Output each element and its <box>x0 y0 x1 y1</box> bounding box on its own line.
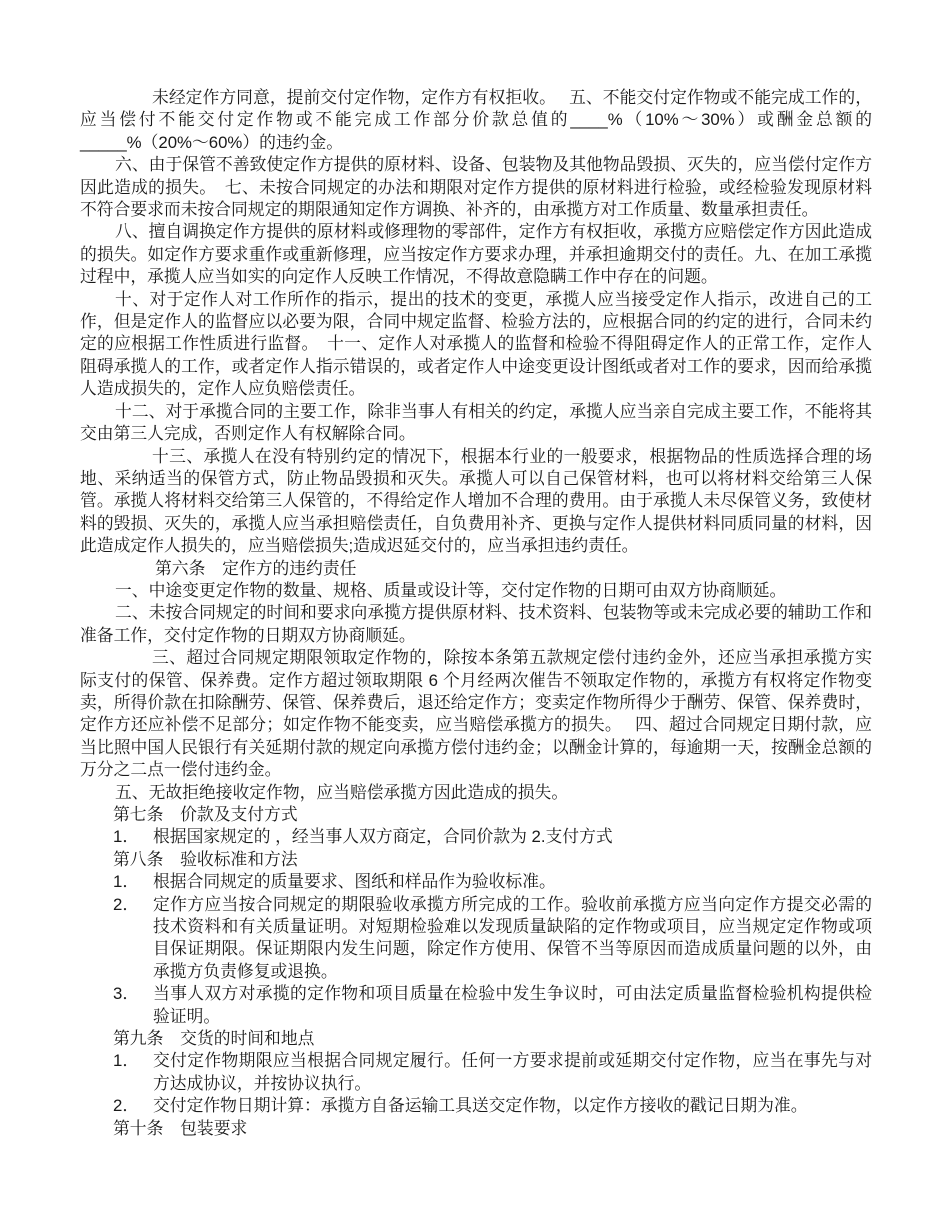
list-item-text: 根据国家规定的 ，经当事人双方商定，合同价款为 2.支付方式 <box>153 827 613 846</box>
list-marker: 2． <box>113 1095 139 1117</box>
section-heading: 第七条 价款及支付方式 <box>80 804 872 826</box>
contract-document: 未经定作方同意，提前交付定作物，定作方有权拒收。 五、不能交付定作物或不能完成工… <box>80 87 872 1140</box>
paragraph: 三、超过合同规定期限领取定作物的，除按本条第五款规定偿付违约金外，还应当承担承揽… <box>80 647 872 781</box>
paragraph: 二、未按合同规定的时间和要求向承揽方提供原材料、技术资料、包装物等或未完成必要的… <box>80 602 872 647</box>
list-item-text: 当事人双方对承揽的定作物和项目质量在检验中发生争议时，可由法定质量监督检验机构提… <box>153 984 872 1025</box>
list-item: 1．根据合同规定的质量要求、图纸和样品作为验收标准。 <box>80 871 872 893</box>
list-marker: 3． <box>113 983 139 1005</box>
list-item: 1．交付定作物期限应当根据合同规定履行。任何一方要求提前或延期交付定作物，应当在… <box>80 1050 872 1095</box>
list-item-text: 交付定作物期限应当根据合同规定履行。任何一方要求提前或延期交付定作物，应当在事先… <box>153 1051 872 1092</box>
paragraph: 五、无故拒绝接收定作物，应当赔偿承揽方因此造成的损失。 <box>80 782 872 804</box>
section-heading: 第八条 验收标准和方法 <box>80 849 872 871</box>
list-item: 3．当事人双方对承揽的定作物和项目质量在检验中发生争议时，可由法定质量监督检验机… <box>80 983 872 1028</box>
paragraph: 一、中途变更定作物的数量、规格、质量或设计等，交付定作物的日期可由双方协商顺延。 <box>80 580 872 602</box>
list-marker: 2． <box>113 894 139 916</box>
section-heading: 第十条 包装要求 <box>80 1118 872 1140</box>
list-item-text: 根据合同规定的质量要求、图纸和样品作为验收标准。 <box>153 872 556 891</box>
paragraph: 十、对于定作人对工作所作的指示，提出的技术的变更，承揽人应当接受定作人指示，改进… <box>80 289 872 401</box>
list-item-text: 交付定作物日期计算：承揽方自备运输工具送交定作物，以定作方接收的戳记日期为准。 <box>153 1096 807 1115</box>
paragraph: 八、擅自调换定作方提供的原材料或修理物的零部件，定作方有权拒收，承揽方应赔偿定作… <box>80 221 872 288</box>
list-item-text: 定作方应当按合同规定的期限验收承揽方所完成的工作。验收前承揽方应当向定作方提交必… <box>153 895 872 981</box>
paragraph: 六、由于保管不善致使定作方提供的原材料、设备、包装物及其他物品毁损、灭失的，应当… <box>80 154 872 221</box>
paragraph: 十三、承揽人在没有特别约定的情况下，根据本行业的一般要求，根据物品的性质选择合理… <box>80 446 872 558</box>
paragraph: 未经定作方同意，提前交付定作物，定作方有权拒收。 五、不能交付定作物或不能完成工… <box>80 87 872 154</box>
list-marker: 1． <box>113 826 139 848</box>
list-marker: 1． <box>113 1050 139 1072</box>
section-heading: 第六条 定作方的违约责任 <box>80 558 872 580</box>
list-marker: 1． <box>113 871 139 893</box>
list-item: 2．定作方应当按合同规定的期限验收承揽方所完成的工作。验收前承揽方应当向定作方提… <box>80 894 872 984</box>
paragraph: 十二、对于承揽合同的主要工作，除非当事人有相关的约定，承揽人应当亲自完成主要工作… <box>80 401 872 446</box>
list-item: 1．根据国家规定的 ，经当事人双方商定，合同价款为 2.支付方式 <box>80 826 872 848</box>
section-heading: 第九条 交货的时间和地点 <box>80 1028 872 1050</box>
list-item: 2．交付定作物日期计算：承揽方自备运输工具送交定作物，以定作方接收的戳记日期为准… <box>80 1095 872 1117</box>
